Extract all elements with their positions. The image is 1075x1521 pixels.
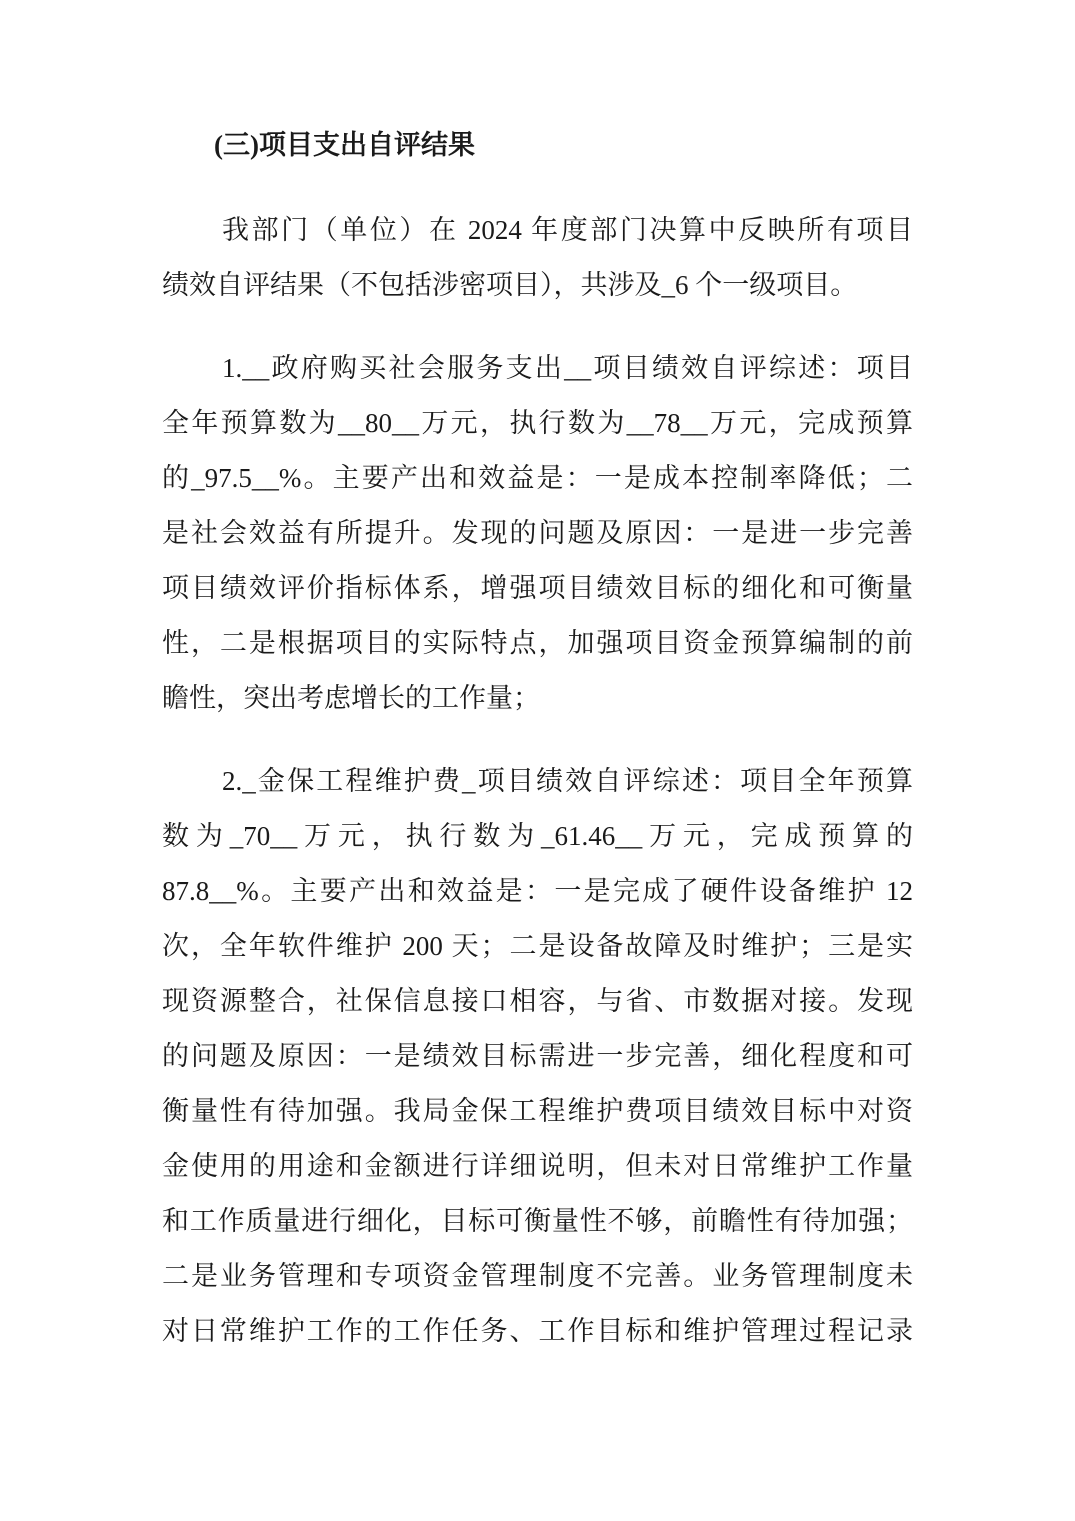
text-line: 87.8__%。主要产出和效益是：一是完成了硬件设备维护 12: [162, 864, 913, 919]
text-line: 衡量性有待加强。我局金保工程维护费项目绩效目标中对资: [162, 1084, 913, 1139]
text-line: 项目绩效评价指标体系，增强项目绩效目标的细化和可衡量: [162, 561, 913, 616]
text-line: 1.__政府购买社会服务支出__项目绩效自评综述：项目: [162, 341, 913, 396]
text-line: 数为_70__万元，执行数为_61.46__万元，完成预算的: [162, 809, 913, 864]
text-line: 是社会效益有所提升。发现的问题及原因：一是进一步完善: [162, 506, 913, 561]
document-page: (三)项目支出自评结果 我部门（单位）在 2024 年度部门决算中反映所有项目 …: [0, 0, 1075, 1521]
text-line: 2._金保工程维护费_项目绩效自评综述：项目全年预算: [162, 754, 913, 809]
text-line: 对日常维护工作的工作任务、工作目标和维护管理过程记录: [162, 1304, 913, 1359]
text-line: 我部门（单位）在 2024 年度部门决算中反映所有项目: [162, 203, 913, 258]
text-line: 性，二是根据项目的实际特点，加强项目资金预算编制的前: [162, 616, 913, 671]
paragraph-overview: 我部门（单位）在 2024 年度部门决算中反映所有项目 绩效自评结果（不包括涉密…: [162, 203, 913, 313]
text-line: 现资源整合，社保信息接口相容，与省、市数据对接。发现: [162, 974, 913, 1029]
text-line: 二是业务管理和专项资金管理制度不完善。业务管理制度未: [162, 1249, 913, 1304]
text-line: 全年预算数为__80__万元，执行数为__78__万元，完成预算: [162, 396, 913, 451]
text-line: 的_97.5__%。主要产出和效益是：一是成本控制率降低；二: [162, 451, 913, 506]
paragraph-project-2: 2._金保工程维护费_项目绩效自评综述：项目全年预算 数为_70__万元，执行数…: [162, 754, 913, 1359]
section-heading: (三)项目支出自评结果: [162, 118, 913, 173]
text-line: 绩效自评结果（不包括涉密项目），共涉及_6 个一级项目。: [162, 258, 913, 313]
text-line: 的问题及原因：一是绩效目标需进一步完善，细化程度和可: [162, 1029, 913, 1084]
text-line: 金使用的用途和金额进行详细说明，但未对日常维护工作量: [162, 1139, 913, 1194]
text-line: 瞻性，突出考虑增长的工作量；: [162, 671, 913, 726]
text-line: 次，全年软件维护 200 天；二是设备故障及时维护；三是实: [162, 919, 913, 974]
paragraph-project-1: 1.__政府购买社会服务支出__项目绩效自评综述：项目 全年预算数为__80__…: [162, 341, 913, 726]
text-line: 和工作质量进行细化，目标可衡量性不够，前瞻性有待加强；: [162, 1194, 913, 1249]
